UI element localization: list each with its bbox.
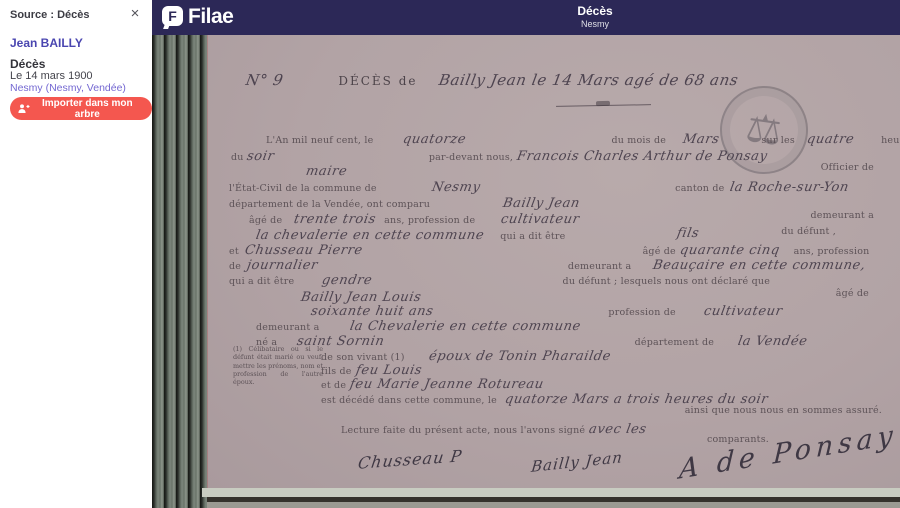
- sidebar-title: Source : Décès: [10, 9, 89, 21]
- handwritten-text: gendre: [321, 273, 374, 288]
- document-line: l'État-Civil de la commune deNesmycanton…: [228, 178, 894, 194]
- book-binding: [152, 35, 209, 508]
- event-place-link[interactable]: Nesmy (Nesmy, Vendée): [10, 82, 126, 94]
- document-line: maireOfficier de: [228, 162, 894, 178]
- signature: Chusseau P: [357, 446, 464, 473]
- printed-form-text: du défunt ,: [781, 226, 836, 237]
- document-line: ainsi que nous nous en sommes assuré.: [228, 405, 894, 421]
- header-record-place: Nesmy: [290, 19, 900, 29]
- handwritten-text: Nesmy: [430, 180, 481, 195]
- record-image-viewer[interactable]: ⚖ (1) Célibataire ou si le défunt était …: [152, 35, 900, 508]
- handwritten-text: cultivateur: [500, 212, 581, 227]
- handwritten-text: Bailly Jean: [502, 196, 582, 211]
- import-to-tree-button[interactable]: Importer dans mon arbre: [10, 97, 152, 120]
- person-plus-icon: [18, 103, 30, 114]
- printed-form-text: l'État-Civil de la commune de: [229, 183, 377, 194]
- document-line: et defeu Marie Jeanne Rotureau: [228, 375, 894, 391]
- document-line: N° 9DÉCÈS deBailly Jean le 14 Mars agé d…: [228, 71, 894, 87]
- printed-form-text: département de la Vendée, ont comparu: [229, 199, 430, 210]
- handwritten-text: quatorze: [402, 132, 468, 147]
- handwritten-text: Bailly Jean le 14 Mars agé de 68 ans: [438, 71, 740, 89]
- document-line: la chevalerie en cette communequi a dit …: [228, 226, 894, 242]
- printed-form-text: âgé de: [249, 215, 282, 226]
- page-bottom-edge: [202, 488, 900, 497]
- header-record-title: Décès: [290, 4, 900, 18]
- event-date: Le 14 mars 1900: [10, 70, 93, 82]
- printed-form-text: ainsi que nous nous en sommes assuré.: [685, 405, 882, 416]
- handwritten-text: N° 9: [244, 71, 285, 89]
- document-line: L'An mil neuf cent, lequatorzedu mois de…: [228, 130, 894, 146]
- printed-form-text: du défunt ; lesquels nous ont déclaré qu…: [563, 276, 770, 287]
- handwritten-text: maire: [305, 164, 349, 179]
- event-type-label: Décès: [10, 57, 45, 71]
- heading-flourish: [556, 102, 651, 107]
- printed-form-text: heures: [881, 135, 900, 146]
- record-page: ⚖ (1) Célibataire ou si le défunt était …: [207, 35, 900, 488]
- filae-app: Source : Décès × Jean BAILLY Décès Le 14…: [0, 0, 900, 508]
- printed-form-text: demeurant a: [811, 210, 874, 221]
- printed-form-text: âgé de: [836, 288, 869, 299]
- document-line: âgé detrente troisans, profession decult…: [228, 210, 894, 226]
- printed-form-text: Officier de: [821, 162, 874, 173]
- import-button-label: Importer dans mon arbre: [35, 98, 140, 120]
- next-page-area: [207, 502, 900, 508]
- handwritten-text: trente trois: [293, 212, 378, 227]
- close-icon[interactable]: ×: [126, 5, 144, 23]
- printed-form-text: sur les: [761, 135, 795, 146]
- header-record-info: Décès Nesmy: [152, 4, 900, 29]
- person-name: Jean BAILLY: [10, 36, 83, 50]
- printed-form-text: DÉCÈS de: [338, 74, 417, 88]
- printed-form-text: ans, profession de: [384, 215, 475, 226]
- signature: Bailly Jean: [530, 448, 624, 476]
- document-line: soixante huit ansprofession decultivateu…: [228, 302, 894, 318]
- handwritten-text: la Roche-sur-Yon: [729, 180, 851, 195]
- handwritten-text: fils: [675, 226, 700, 241]
- document-line: etChusseau Pierreâgé dequarante cinqans,…: [228, 241, 894, 257]
- top-header: F Filae Décès Nesmy: [152, 0, 900, 35]
- document-line: département de la Vendée, ont comparuBai…: [228, 194, 894, 210]
- document-line: dusoirpar-devant nous,Francois Charles A…: [228, 147, 894, 163]
- document-line: dejournalierdemeurant aBeauçaire en cett…: [228, 256, 894, 272]
- printed-form-text: du mois de: [611, 135, 666, 146]
- document-line: demeurant ala Chevalerie en cette commun…: [228, 317, 894, 333]
- printed-form-text: L'An mil neuf cent, le: [266, 135, 373, 146]
- document-line: né asaint Sornindépartement dela Vendée: [228, 332, 894, 348]
- printed-form-text: canton de: [675, 183, 724, 194]
- printed-form-text: qui a dit être: [229, 276, 294, 287]
- document-line: qui a dit êtregendredu défunt ; lesquels…: [228, 271, 894, 287]
- handwritten-text: Mars: [682, 132, 721, 147]
- handwritten-text: quatre: [806, 132, 856, 147]
- source-sidebar: Source : Décès × Jean BAILLY Décès Le 14…: [0, 0, 152, 508]
- document-line: est décédé dans cette commune, lequatorz…: [228, 390, 894, 406]
